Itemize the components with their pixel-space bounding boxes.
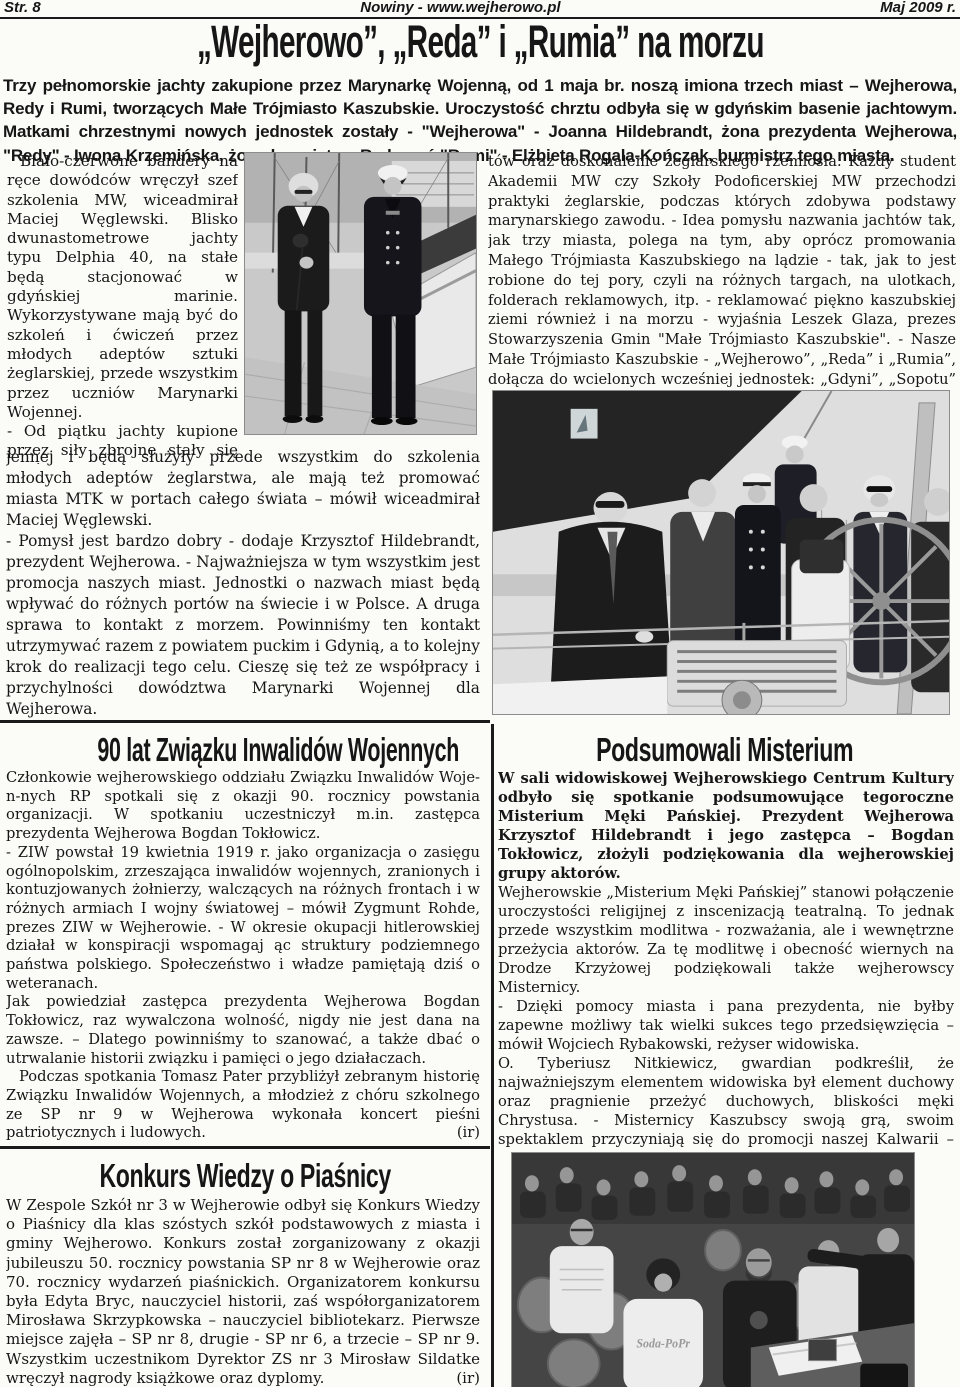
article1-right-column: tów oraz doskonalenie żeglarskiego rzemi…: [488, 152, 956, 392]
horizontal-rule-bottom: [0, 1146, 490, 1149]
body-paragraph: Członkowie wejherowskiego oddziału Związ…: [6, 769, 480, 844]
column-divider-rule: [491, 724, 494, 1387]
photo-yacht-christening-image: [245, 153, 476, 434]
issue-date: Maj 2009 r.: [880, 0, 956, 17]
article1-headline: „Wejherowo”, „Reda” i „Rumia” na morzu: [0, 16, 960, 72]
article3-headline: Konkurs Wiedzy o Piaśnicy: [0, 1157, 490, 1195]
body-paragraph: - ZIW powstał 19 kwietnia 1919 r. jako o…: [6, 844, 480, 994]
body-paragraph: O. Tyberiusz Nitkiewicz, gwardian podkre…: [498, 1054, 954, 1150]
body-paragraph: - Pomysł jest bardzo dobry - dodaje Krzy…: [6, 531, 480, 719]
article4-lead: W sali widowiskowej Wejherowskiego Centr…: [498, 769, 954, 883]
horizontal-rule-top: [0, 720, 490, 723]
tshirt-print-text: Soda-PoPr: [636, 1336, 690, 1350]
article1-bottom-block: jennej i będą służyły przede wszystkim d…: [6, 447, 480, 719]
photo-yacht-crew: [492, 390, 950, 715]
body-paragraph: - Dzięki pomocy miasta i pana prezydenta…: [498, 997, 954, 1054]
body-paragraph: tów oraz doskonalenie żeglarskiego rzemi…: [488, 152, 956, 392]
body-paragraph: jennej i będą służyły przede wszystkim d…: [6, 447, 480, 531]
article2-headline: 90 lat Związku Inwalidów Wojennych: [0, 731, 490, 769]
article2-body: Członkowie wejherowskiego oddziału Związ…: [6, 769, 480, 1145]
photo-yacht-christening: [244, 152, 477, 435]
body-paragraph: Podczas spotkania Tomasz Pater przybliży…: [6, 1068, 480, 1143]
newspaper-page: Str. 8 Nowiny - www.wejherowo.pl Maj 200…: [0, 0, 960, 1387]
article3-body: W Zespole Szkół nr 3 w Wejherowie odbył …: [6, 1196, 480, 1387]
page-number: Str. 8: [4, 0, 41, 17]
masthead-title: Nowiny - www.wejherowo.pl: [360, 0, 560, 17]
author-signature: (ir): [442, 1369, 480, 1387]
body-paragraph: Biało-czerwone bandery na ręce dowódców …: [7, 152, 238, 422]
article4-body: W sali widowiskowej Wejherowskiego Centr…: [498, 769, 954, 1150]
photo-audience: Soda-PoPr: [511, 1152, 915, 1387]
photo-audience-image: Soda-PoPr: [512, 1153, 914, 1387]
body-paragraph: Jak powiedział zastępca prezydenta Wejhe…: [6, 993, 480, 1068]
body-paragraph: Wejherowskie „Misterium Męki Pańskiej” s…: [498, 883, 954, 997]
article1-left-column: Biało-czerwone bandery na ręce dowódców …: [7, 152, 238, 464]
author-signature: (ir): [430, 1124, 480, 1143]
article4-headline: Podsumowali Misterium: [492, 731, 958, 769]
body-paragraph: W Zespole Szkół nr 3 w Wejherowie odbył …: [6, 1196, 480, 1387]
photo-yacht-crew-image: [493, 391, 949, 714]
